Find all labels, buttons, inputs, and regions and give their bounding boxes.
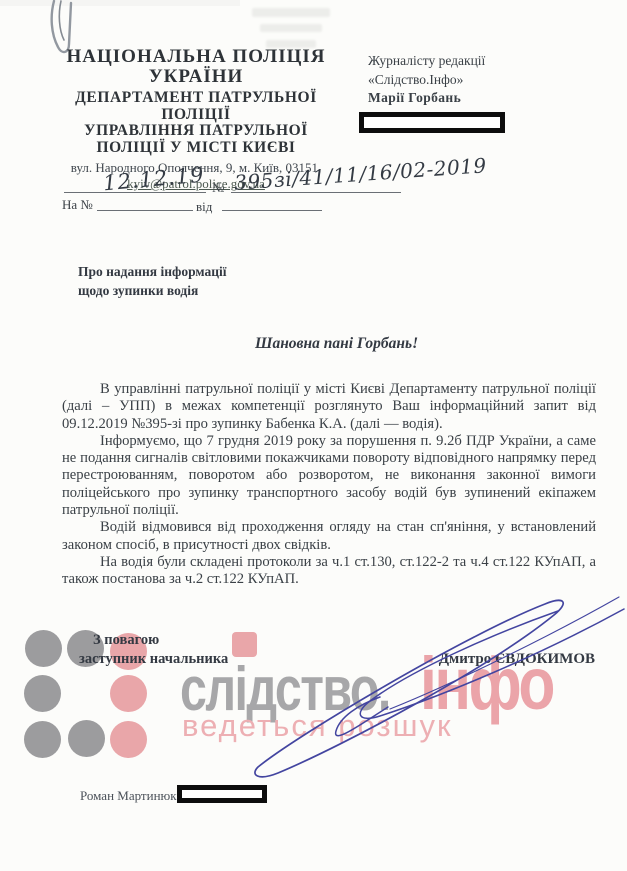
- signoff-name: Дмитро ЄВДОКИМОВ: [415, 651, 595, 668]
- org-name-line1: НАЦІОНАЛЬНА ПОЛІЦІЯ: [55, 47, 337, 67]
- reply-date-line: [222, 210, 322, 211]
- redaction-box-recipient: [359, 112, 505, 133]
- recipient-organization: «Слідство.Інфо»: [368, 71, 578, 90]
- watermark-i-dot: [232, 632, 257, 657]
- department-line1: ДЕПАРТАМЕНТ ПАТРУЛЬНОЇ: [55, 90, 337, 107]
- org-name-line2: УКРАЇНИ: [55, 67, 337, 87]
- ref-number-sign: №: [212, 180, 224, 196]
- watermark-dot: [24, 721, 61, 758]
- reply-number-line: [97, 210, 193, 211]
- office-line1: УПРАВЛІННЯ ПАТРУЛЬНОЇ: [55, 123, 337, 140]
- scan-edge-artifact: [0, 0, 240, 6]
- subject-line2: щодо зупинки водія: [78, 281, 227, 300]
- watermark-dot: [25, 630, 62, 667]
- office-line2: ПОЛІЦІЇ У МІСТІ КИЄВІ: [55, 140, 337, 157]
- recipient-block: Журналісту редакції «Слідство.Інфо» Марі…: [368, 52, 578, 108]
- redaction-box-footer: [177, 785, 267, 803]
- subject-block: Про надання інформації щодо зупинки воді…: [78, 262, 227, 300]
- watermark-dot: [110, 675, 147, 712]
- ink-bleed-ghost: [252, 8, 330, 17]
- letter-body: В управлінні патрульної поліції у місті …: [62, 381, 596, 589]
- reply-to-number-label: На №: [62, 197, 93, 213]
- footer-author-name: Роман Мартинюк: [80, 788, 177, 804]
- subject-line1: Про надання інформації: [78, 262, 227, 281]
- recipient-role: Журналісту редакції: [368, 52, 578, 71]
- body-paragraph-2: Інформуємо, що 7 грудня 2019 року за пор…: [62, 433, 596, 519]
- signoff-title: заступник начальника: [79, 651, 228, 668]
- ink-bleed-ghost: [260, 24, 322, 32]
- body-paragraph-4: На водія були складені протоколи за ч.1 …: [62, 554, 596, 589]
- department-line2: ПОЛІЦІЇ: [55, 107, 337, 124]
- salutation: Шановна пані Горбань!: [255, 335, 418, 353]
- signoff-closing: З повагою: [93, 632, 159, 649]
- watermark-dot: [68, 720, 105, 757]
- watermark-dot: [24, 675, 61, 712]
- body-paragraph-3: Водій відмовився від проходження огляду …: [62, 519, 596, 554]
- body-paragraph-1: В управлінні патрульної поліції у місті …: [62, 381, 596, 433]
- scanned-letter-page: НАЦІОНАЛЬНА ПОЛІЦІЯ УКРАЇНИ ДЕПАРТАМЕНТ …: [0, 0, 627, 871]
- reply-from-date-label: від: [196, 199, 212, 215]
- watermark-tagline: ведеться розшук: [182, 710, 453, 741]
- recipient-name: Марії Горбань: [368, 89, 578, 108]
- watermark-dot: [110, 721, 147, 758]
